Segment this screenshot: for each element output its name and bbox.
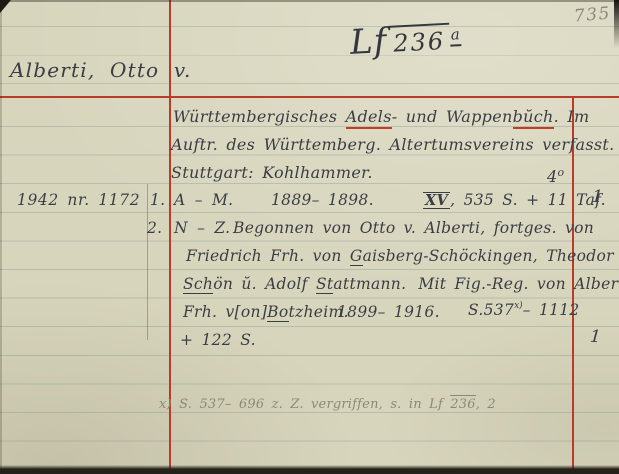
red-rule-horizontal — [0, 96, 619, 98]
call-number: Lf236a — [349, 17, 462, 63]
underlined-bo-botzheim: Bo — [267, 303, 288, 322]
scan-edge-left — [0, 0, 2, 474]
row-2-line-3-text: Mit Fig.-Reg. von Albert — [418, 275, 619, 293]
row-2-line-5: + 122 S. — [180, 331, 256, 350]
ruled-line — [0, 55, 619, 56]
row-1-range: A – M. — [174, 191, 233, 210]
roman-numeral-xv: XV — [423, 192, 450, 209]
row-1-years: 1889– 1898. — [271, 191, 374, 210]
row-2-line-3-text: ön ŭ. Adolf — [213, 275, 316, 293]
title-line-1-text: . Im — [554, 107, 590, 126]
row-2-line-4-pages: S.537x)– 1112 — [468, 301, 580, 320]
scan-edge-right — [614, 0, 619, 48]
column-divider-line — [147, 184, 148, 340]
footnote-text: , 2 — [476, 397, 496, 412]
copies-count-row-2: 1 — [589, 327, 602, 348]
footnote-marker: x) — [514, 301, 523, 311]
row-2-number: 2. — [147, 219, 162, 238]
row-2-line-2-text: Friedrich Frh. von — [186, 247, 350, 265]
underlined-g-gaisberg: G — [350, 247, 363, 266]
title-line-1: Württembergisches Adels- und Wappenbŭch.… — [173, 107, 590, 126]
row-2-line-4-years: 1899– 1916. — [337, 303, 440, 322]
row-2-line-4-text: Frh. v[on] — [183, 303, 267, 321]
catalog-card-scan: 735 Lf236a Alberti, Otto v. Württembergi… — [0, 0, 619, 474]
footnote: x) S. 537– 696 z. Z. vergriffen, s. in L… — [159, 397, 496, 413]
ruled-line — [0, 26, 619, 27]
row-2-line-2: Friedrich Frh. von Gaisberg-Schöckingen,… — [186, 247, 614, 266]
pages-start: S.537 — [468, 301, 514, 319]
title-underlined-buch: bŭch — [513, 107, 554, 129]
row-1-pages: , 535 S. + 11 Taf. — [450, 191, 606, 209]
scan-edge-bottom — [0, 465, 619, 474]
row-1-number: 1. — [150, 191, 165, 210]
format-notation: 4o — [547, 166, 564, 186]
scan-edge-top — [0, 0, 619, 2]
author-heading: Alberti, Otto v. — [10, 58, 192, 82]
acquisition-number: 1942 nr. 1172 — [17, 191, 140, 210]
underlined-st-stattmann: St — [316, 275, 333, 294]
footnote-overlined-236: 236 — [450, 395, 475, 412]
call-number-suffix: a — [449, 25, 461, 47]
title-underlined-adels: Adels — [346, 107, 392, 129]
row-2-line-1: Begonnen von Otto v. Alberti, fortges. v… — [233, 219, 594, 238]
format-superscript-o: o — [557, 166, 564, 179]
title-line-2: Auftr. des Württemberg. Altertumsvereins… — [171, 135, 615, 154]
call-number-prefix: Lf — [349, 21, 388, 63]
copies-count-row-1: 1 — [591, 187, 604, 208]
title-line-1-text: Württembergisches — [173, 107, 346, 126]
title-line-1-text: - und Wappen — [392, 107, 513, 126]
footnote-text: x) S. 537– 696 z. Z. vergriffen, s. in L… — [159, 397, 450, 412]
row-2-line-4-name: Frh. v[on]Botzheim. — [183, 303, 349, 322]
row-2-line-3-text: attmann. — [333, 275, 406, 293]
title-line-3: Stuttgart: Kohlhammer. — [171, 163, 373, 182]
row-2-range: N – Z. — [174, 219, 230, 238]
row-1-collation: XV, 535 S. + 11 Taf. — [423, 191, 606, 210]
row-2-line-3: Schön ŭ. Adolf Stattmann.Mit Fig.-Reg. v… — [183, 275, 619, 294]
row-2-line-2-text: aisberg-Schöckingen, Theodor — [363, 247, 614, 265]
call-number-digits: 236 — [388, 23, 450, 58]
format-number: 4 — [547, 167, 557, 186]
page-number: 735 — [573, 3, 612, 27]
ruled-line — [0, 83, 619, 84]
pages-end: – 1112 — [523, 301, 580, 319]
underlined-sch-schoen: Sch — [183, 275, 213, 294]
